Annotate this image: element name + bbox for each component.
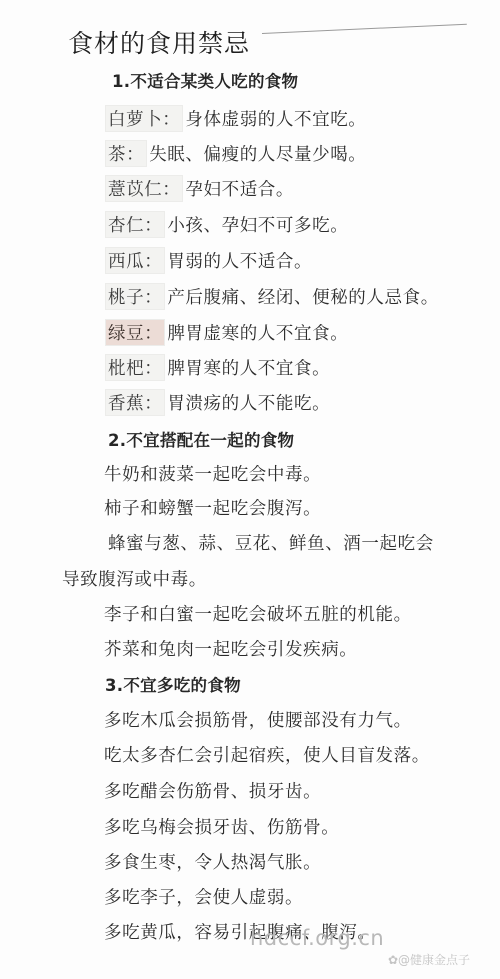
section-3-heading: 3.不宜多吃的食物	[105, 672, 241, 696]
food-label: 西瓜：	[105, 247, 165, 274]
watermark-credit: ✿@健康金点子	[388, 951, 470, 968]
food-label: 杏仁：	[105, 211, 165, 238]
list-item: 西瓜：胃弱的人不适合。	[105, 247, 312, 274]
section-2-heading: 2.不宜搭配在一起的食物	[108, 427, 294, 451]
list-item: 薏苡仁：孕妇不适合。	[105, 175, 294, 202]
food-label: 茶：	[105, 140, 147, 167]
list-item: 多食生枣，令人热渴气胀。	[104, 849, 321, 874]
food-label: 薏苡仁：	[105, 175, 183, 202]
list-item: 多吃醋会伤筋骨、损牙齿。	[104, 778, 321, 803]
list-item: 吃太多杏仁会引起宿疾，使人目盲发落。	[104, 742, 430, 767]
title-divider	[262, 24, 467, 34]
list-item: 多吃木瓜会损筋骨，使腰部没有力气。	[104, 707, 412, 732]
list-item: 芥菜和兔肉一起吃会引发疾病。	[104, 636, 357, 661]
food-label: 桃子：	[105, 283, 165, 310]
watermark-url: hdccf.org.cn	[250, 926, 384, 950]
list-item: 多吃乌梅会损牙齿、伤筋骨。	[104, 814, 339, 839]
list-item: 白萝卜：身体虚弱的人不宜吃。	[105, 105, 366, 132]
list-item: 柿子和螃蟹一起吃会腹泻。	[104, 495, 321, 520]
food-label: 白萝卜：	[105, 105, 183, 132]
list-item: 桃子：产后腹痛、经闭、便秘的人忌食。	[105, 283, 439, 310]
list-item: 枇杷：脾胃寒的人不宜食。	[105, 354, 330, 381]
food-label: 枇杷：	[105, 354, 165, 381]
list-item: 茶：失眠、偏瘦的人尽量少喝。	[105, 140, 366, 167]
list-item: 杏仁：小孩、孕妇不可多吃。	[105, 211, 348, 238]
list-item: 李子和白蜜一起吃会破坏五脏的机能。	[104, 601, 412, 626]
list-item: 绿豆：脾胃虚寒的人不宜食。	[105, 319, 348, 346]
list-item-continuation: 导致腹泻或中毒。	[62, 566, 207, 591]
food-label: 香蕉：	[105, 389, 165, 416]
food-label: 绿豆：	[105, 319, 165, 346]
list-item: 牛奶和菠菜一起吃会中毒。	[104, 461, 321, 486]
list-item: 多吃李子，会使人虚弱。	[104, 884, 303, 909]
list-item: 香蕉：胃溃疡的人不能吃。	[105, 389, 330, 416]
list-item: 蜂蜜与葱、蒜、豆花、鲜鱼、酒一起吃会	[108, 530, 434, 555]
section-1-heading: 1.不适合某类人吃的食物	[112, 68, 298, 92]
page-title: 食材的食用禁忌	[68, 24, 250, 60]
